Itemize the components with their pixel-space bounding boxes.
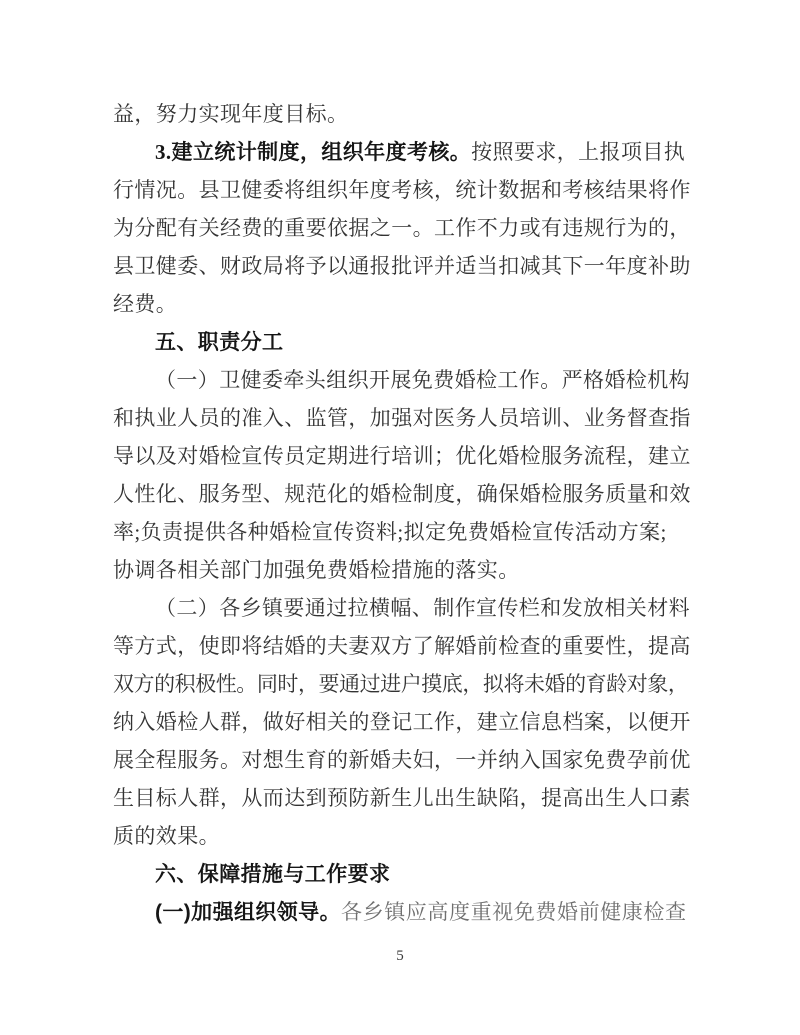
document-page: 益，努力实现年度目标。3.建立统计制度，组织年度考核。按照要求，上报项目执行情况… xyxy=(0,0,800,1035)
subsection-1-line: （一）卫健委牵头组织开展免费婚检工作。严格婚检机构 xyxy=(113,361,691,399)
body-line: 双方的积极性。同时，要通过进户摸底，拟将未婚的育龄对象， xyxy=(113,665,691,703)
body-line: 人性化、服务型、规范化的婚检制度，确保婚检服务质量和效 xyxy=(113,475,691,513)
text-segment: 经费。 xyxy=(113,292,177,316)
text-segment: 按照要求，上报项目执 xyxy=(471,140,685,164)
text-segment: 为分配有关经费的重要依据之一。工作不力或有违规行为的， xyxy=(113,216,691,240)
paragraph-continuation-line: 益，努力实现年度目标。 xyxy=(113,95,691,133)
text-segment: （一）卫健委牵头组织开展免费婚检工作。严格婚检机构 xyxy=(155,368,690,392)
body-line: 纳入婚检人群，做好相关的登记工作，建立信息档案，以便开 xyxy=(113,703,691,741)
text-segment: (一)加强组织领导。 xyxy=(155,901,341,924)
body-line: 和执业人员的准入、监管，加强对医务人员培训、业务督查指 xyxy=(113,399,691,437)
text-segment: 双方的积极性。同时，要通过进户摸底，拟将未婚的育龄对象， xyxy=(113,672,688,696)
text-segment: 率;负责提供各种婚检宣传资料;拟定免费婚检宣传活动方案; xyxy=(113,520,667,544)
text-segment: 3.建立统计制度，组织年度考核。 xyxy=(155,140,471,164)
text-segment: 六、保障措施与工作要求 xyxy=(155,863,390,886)
text-segment: 纳入婚检人群，做好相关的登记工作，建立信息档案，以便开 xyxy=(113,710,691,734)
body-line: 展全程服务。对想生育的新婚夫妇，一并纳入国家免费孕前优 xyxy=(113,741,691,779)
paragraph-end-line: 质的效果。 xyxy=(113,817,691,855)
text-segment: 等方式，使即将结婚的夫妻双方了解婚前检查的重要性，提高 xyxy=(113,634,691,658)
body-line: 县卫健委、财政局将予以通报批评并适当扣减其下一年度补助 xyxy=(113,247,691,285)
text-segment: 质的效果。 xyxy=(113,824,220,848)
subsection-1-leadership-line: (一)加强组织领导。各乡镇应高度重视免费婚前健康检查 xyxy=(113,893,691,931)
text-segment: 县卫健委、财政局将予以通报批评并适当扣减其下一年度补助 xyxy=(113,254,691,278)
text-segment: 导以及对婚检宣传员定期进行培训；优化婚检服务流程，建立 xyxy=(113,444,691,468)
text-segment: 协调各相关部门加强免费婚检措施的落实。 xyxy=(113,558,520,582)
text-segment: 和执业人员的准入、监管，加强对医务人员培训、业务督查指 xyxy=(113,406,691,430)
body-line: 等方式，使即将结婚的夫妻双方了解婚前检查的重要性，提高 xyxy=(113,627,691,665)
text-segment: 各乡镇应高度重视免费婚前健康检查 xyxy=(341,900,687,924)
text-segment: （二）各乡镇要通过拉横幅、制作宣传栏和发放相关材料 xyxy=(155,596,690,620)
text-segment: 生目标人群，从而达到预防新生儿出生缺陷，提高出生人口素 xyxy=(113,786,691,810)
body-line: 生目标人群，从而达到预防新生儿出生缺陷，提高出生人口素 xyxy=(113,779,691,817)
body-line: 率;负责提供各种婚检宣传资料;拟定免费婚检宣传活动方案; xyxy=(113,513,691,551)
section-heading-6: 六、保障措施与工作要求 xyxy=(113,855,691,893)
section-heading-5: 五、职责分工 xyxy=(113,323,691,361)
text-segment: 展全程服务。对想生育的新婚夫妇，一并纳入国家免费孕前优 xyxy=(113,748,691,772)
text-segment: 五、职责分工 xyxy=(155,331,283,354)
body-line: 为分配有关经费的重要依据之一。工作不力或有违规行为的， xyxy=(113,209,691,247)
numbered-item-3-line: 3.建立统计制度，组织年度考核。按照要求，上报项目执 xyxy=(113,133,691,171)
text-segment: 益，努力实现年度目标。 xyxy=(113,102,348,126)
page-number: 5 xyxy=(0,948,800,965)
document-body: 益，努力实现年度目标。3.建立统计制度，组织年度考核。按照要求，上报项目执行情况… xyxy=(113,95,691,931)
paragraph-end-line: 经费。 xyxy=(113,285,691,323)
text-segment: 行情况。县卫健委将组织年度考核，统计数据和考核结果将作 xyxy=(113,178,691,202)
subsection-2-line: （二）各乡镇要通过拉横幅、制作宣传栏和发放相关材料 xyxy=(113,589,691,627)
text-segment: 人性化、服务型、规范化的婚检制度，确保婚检服务质量和效 xyxy=(113,482,691,506)
body-line: 行情况。县卫健委将组织年度考核，统计数据和考核结果将作 xyxy=(113,171,691,209)
paragraph-end-line: 协调各相关部门加强免费婚检措施的落实。 xyxy=(113,551,691,589)
body-line: 导以及对婚检宣传员定期进行培训；优化婚检服务流程，建立 xyxy=(113,437,691,475)
